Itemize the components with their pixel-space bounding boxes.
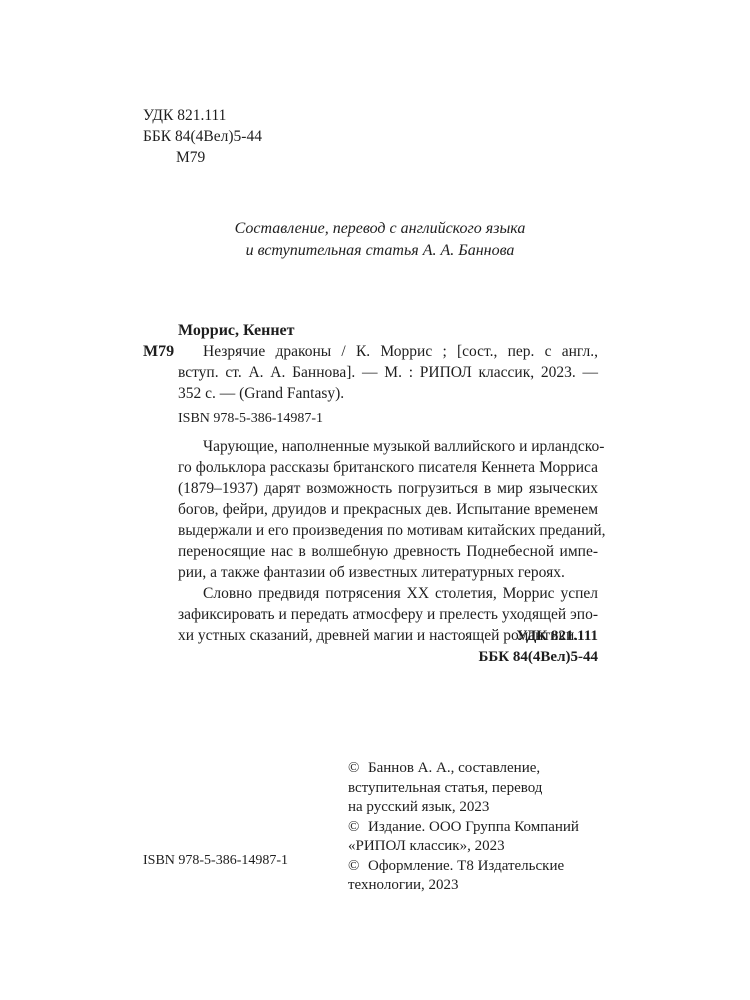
annotation-line: богов, фейри, друидов и прекрасных дев. … xyxy=(178,499,598,520)
annotation-line: (1879–1937) дарят возможность погрузитьс… xyxy=(178,478,598,499)
compilers-line: и вступительная статья А. А. Баннова xyxy=(200,240,560,262)
copyright-text: вступительная статья, перевод xyxy=(348,780,542,796)
annotation-line: зафиксировать и передать атмосферу и пре… xyxy=(178,604,598,625)
bibliographic-description: Незрячие драконы / К. Моррис ; [сост., п… xyxy=(178,341,598,404)
copyright-line: технологии, 2023 xyxy=(348,876,579,896)
author-heading: Моррис, Кеннет xyxy=(178,320,295,341)
annotation-line: переносящие нас в волшебную древность По… xyxy=(178,541,598,562)
udk-code-bottom: УДК 821.111 xyxy=(440,626,598,647)
copyright-line: «РИПОЛ классик», 2023 xyxy=(348,837,579,857)
copyright-line: на русский язык, 2023 xyxy=(348,798,579,818)
annotation-line: рии, а также фантазии об известных литер… xyxy=(178,562,598,583)
copyright-icon: © xyxy=(348,759,368,779)
annotation-line: выдержали и его произведения по мотивам … xyxy=(178,520,598,541)
copyright-text: технологии, 2023 xyxy=(348,877,459,893)
copyright-block: ©Баннов А. А., составление,вступительная… xyxy=(348,759,579,896)
annotation-line: Словно предвидя потрясения XX столетия, … xyxy=(178,583,598,604)
udk-code: УДК 821.111 xyxy=(143,105,262,126)
copyright-text: Баннов А. А., составление, xyxy=(368,760,540,776)
isbn-footer: ISBN 978-5-386-14987-1 xyxy=(143,850,288,871)
top-classification-block: УДК 821.111 ББК 84(4Вел)5-44 М79 xyxy=(143,105,262,168)
bottom-classification-block: УДК 821.111 ББК 84(4Вел)5-44 xyxy=(440,626,598,668)
copyright-line: ©Баннов А. А., составление, xyxy=(348,759,579,779)
copyright-text: Оформление. Т8 Издательские xyxy=(368,858,564,874)
copyright-text: на русский язык, 2023 xyxy=(348,799,489,815)
bbk-code: ББК 84(4Вел)5-44 xyxy=(143,126,262,147)
annotation: Чарующие, наполненные музыкой валлийског… xyxy=(178,436,598,646)
isbn-catalog: ISBN 978-5-386-14987-1 xyxy=(178,408,323,429)
bbk-code-bottom: ББК 84(4Вел)5-44 xyxy=(440,647,598,668)
annotation-line: го фольклора рассказы британского писате… xyxy=(178,457,598,478)
copyright-icon: © xyxy=(348,857,368,877)
copyright-line: вступительная статья, перевод xyxy=(348,779,579,799)
bib-line: 352 с. — (Grand Fantasy). xyxy=(178,383,598,404)
copyright-line: ©Оформление. Т8 Издательские xyxy=(348,857,579,877)
compilers-line: Составление, перевод с английского языка xyxy=(200,218,560,240)
copyright-text: «РИПОЛ классик», 2023 xyxy=(348,838,505,854)
catalog-author-mark: М79 xyxy=(143,341,174,362)
bib-line: вступ. ст. А. А. Баннова]. — М. : РИПОЛ … xyxy=(178,362,598,383)
copyright-line: ©Издание. ООО Группа Компаний xyxy=(348,818,579,838)
compilers-note: Составление, перевод с английского языка… xyxy=(200,218,560,262)
copyright-text: Издание. ООО Группа Компаний xyxy=(368,819,579,835)
bib-line: Незрячие драконы / К. Моррис ; [сост., п… xyxy=(178,341,598,362)
author-mark: М79 xyxy=(143,147,262,168)
copyright-icon: © xyxy=(348,818,368,838)
annotation-line: Чарующие, наполненные музыкой валлийског… xyxy=(178,436,598,457)
